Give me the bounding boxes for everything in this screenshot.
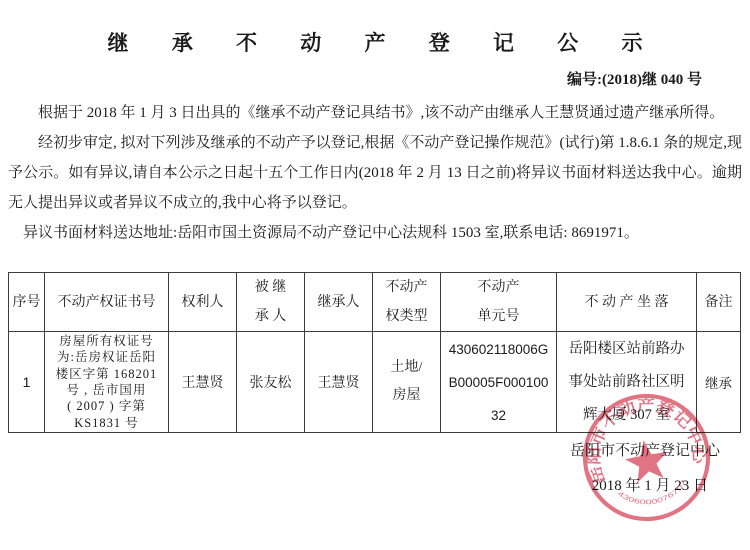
paragraph-basis: 根据于 2018 年 1 月 3 日出具的《继承不动产登记具结书》,该不动产由继… xyxy=(8,98,742,128)
col-header-unit-no: 不动产 单元号 xyxy=(441,273,557,332)
table-row: 1 房屋所有权证号 为:岳房权证岳阳 楼区字第 168201 号 , 岳市国用 … xyxy=(9,332,741,433)
notice-body: 根据于 2018 年 1 月 3 日出具的《继承不动产登记具结书》,该不动产由继… xyxy=(8,98,742,248)
issue-date: 2018 年 1 月 23 日 xyxy=(0,477,750,496)
col-header-heir: 继承人 xyxy=(305,273,373,332)
col-header-estate-type: 不动产 权类型 xyxy=(373,273,441,332)
col-header-seq: 序号 xyxy=(9,273,45,332)
cell-location: 岳阳楼区站前路办 事处站前路社区明 辉大厦 307 室 xyxy=(557,332,697,433)
cell-decedent: 张友松 xyxy=(237,332,305,433)
cell-unit-no: 430602118006G B00005F000100 32 xyxy=(441,332,557,433)
notice-document: 继 承 不 动 产 登 记 公 示 编号:(2018)继 040 号 根据于 2… xyxy=(0,0,750,550)
cell-seq: 1 xyxy=(9,332,45,433)
registration-table: 序号 不动产权证书号 权利人 被 继 承 人 继承人 不动产 权类型 不动产 单… xyxy=(8,272,741,433)
col-header-decedent: 被 继 承 人 xyxy=(237,273,305,332)
cell-heir: 王慧贤 xyxy=(305,332,373,433)
col-header-cert-no: 不动产权证书号 xyxy=(45,273,169,332)
paragraph-review: 经初步审定, 拟对下列涉及继承的不动产予以登记,根据《不动产登记操作规范》(试行… xyxy=(8,128,742,218)
page-title: 继 承 不 动 产 登 记 公 示 xyxy=(0,30,750,56)
cell-cert-no: 房屋所有权证号 为:岳房权证岳阳 楼区字第 168201 号 , 岳市国用 ( … xyxy=(45,332,169,433)
issuing-org: 岳阳市不动产登记中心 xyxy=(0,442,750,461)
document-number: 编号:(2018)继 040 号 xyxy=(0,70,750,90)
cell-remark: 继承 xyxy=(697,332,741,433)
cell-right-holder: 王慧贤 xyxy=(169,332,237,433)
col-header-remark: 备注 xyxy=(697,273,741,332)
cell-estate-type: 土地/ 房屋 xyxy=(373,332,441,433)
paragraph-contact: 异议书面材料送达地址:岳阳市国土资源局不动产登记中心法规科 1503 室,联系电… xyxy=(8,218,742,248)
table-header-row: 序号 不动产权证书号 权利人 被 继 承 人 继承人 不动产 权类型 不动产 单… xyxy=(9,273,741,332)
col-header-right-holder: 权利人 xyxy=(169,273,237,332)
col-header-location: 不 动 产 坐 落 xyxy=(557,273,697,332)
